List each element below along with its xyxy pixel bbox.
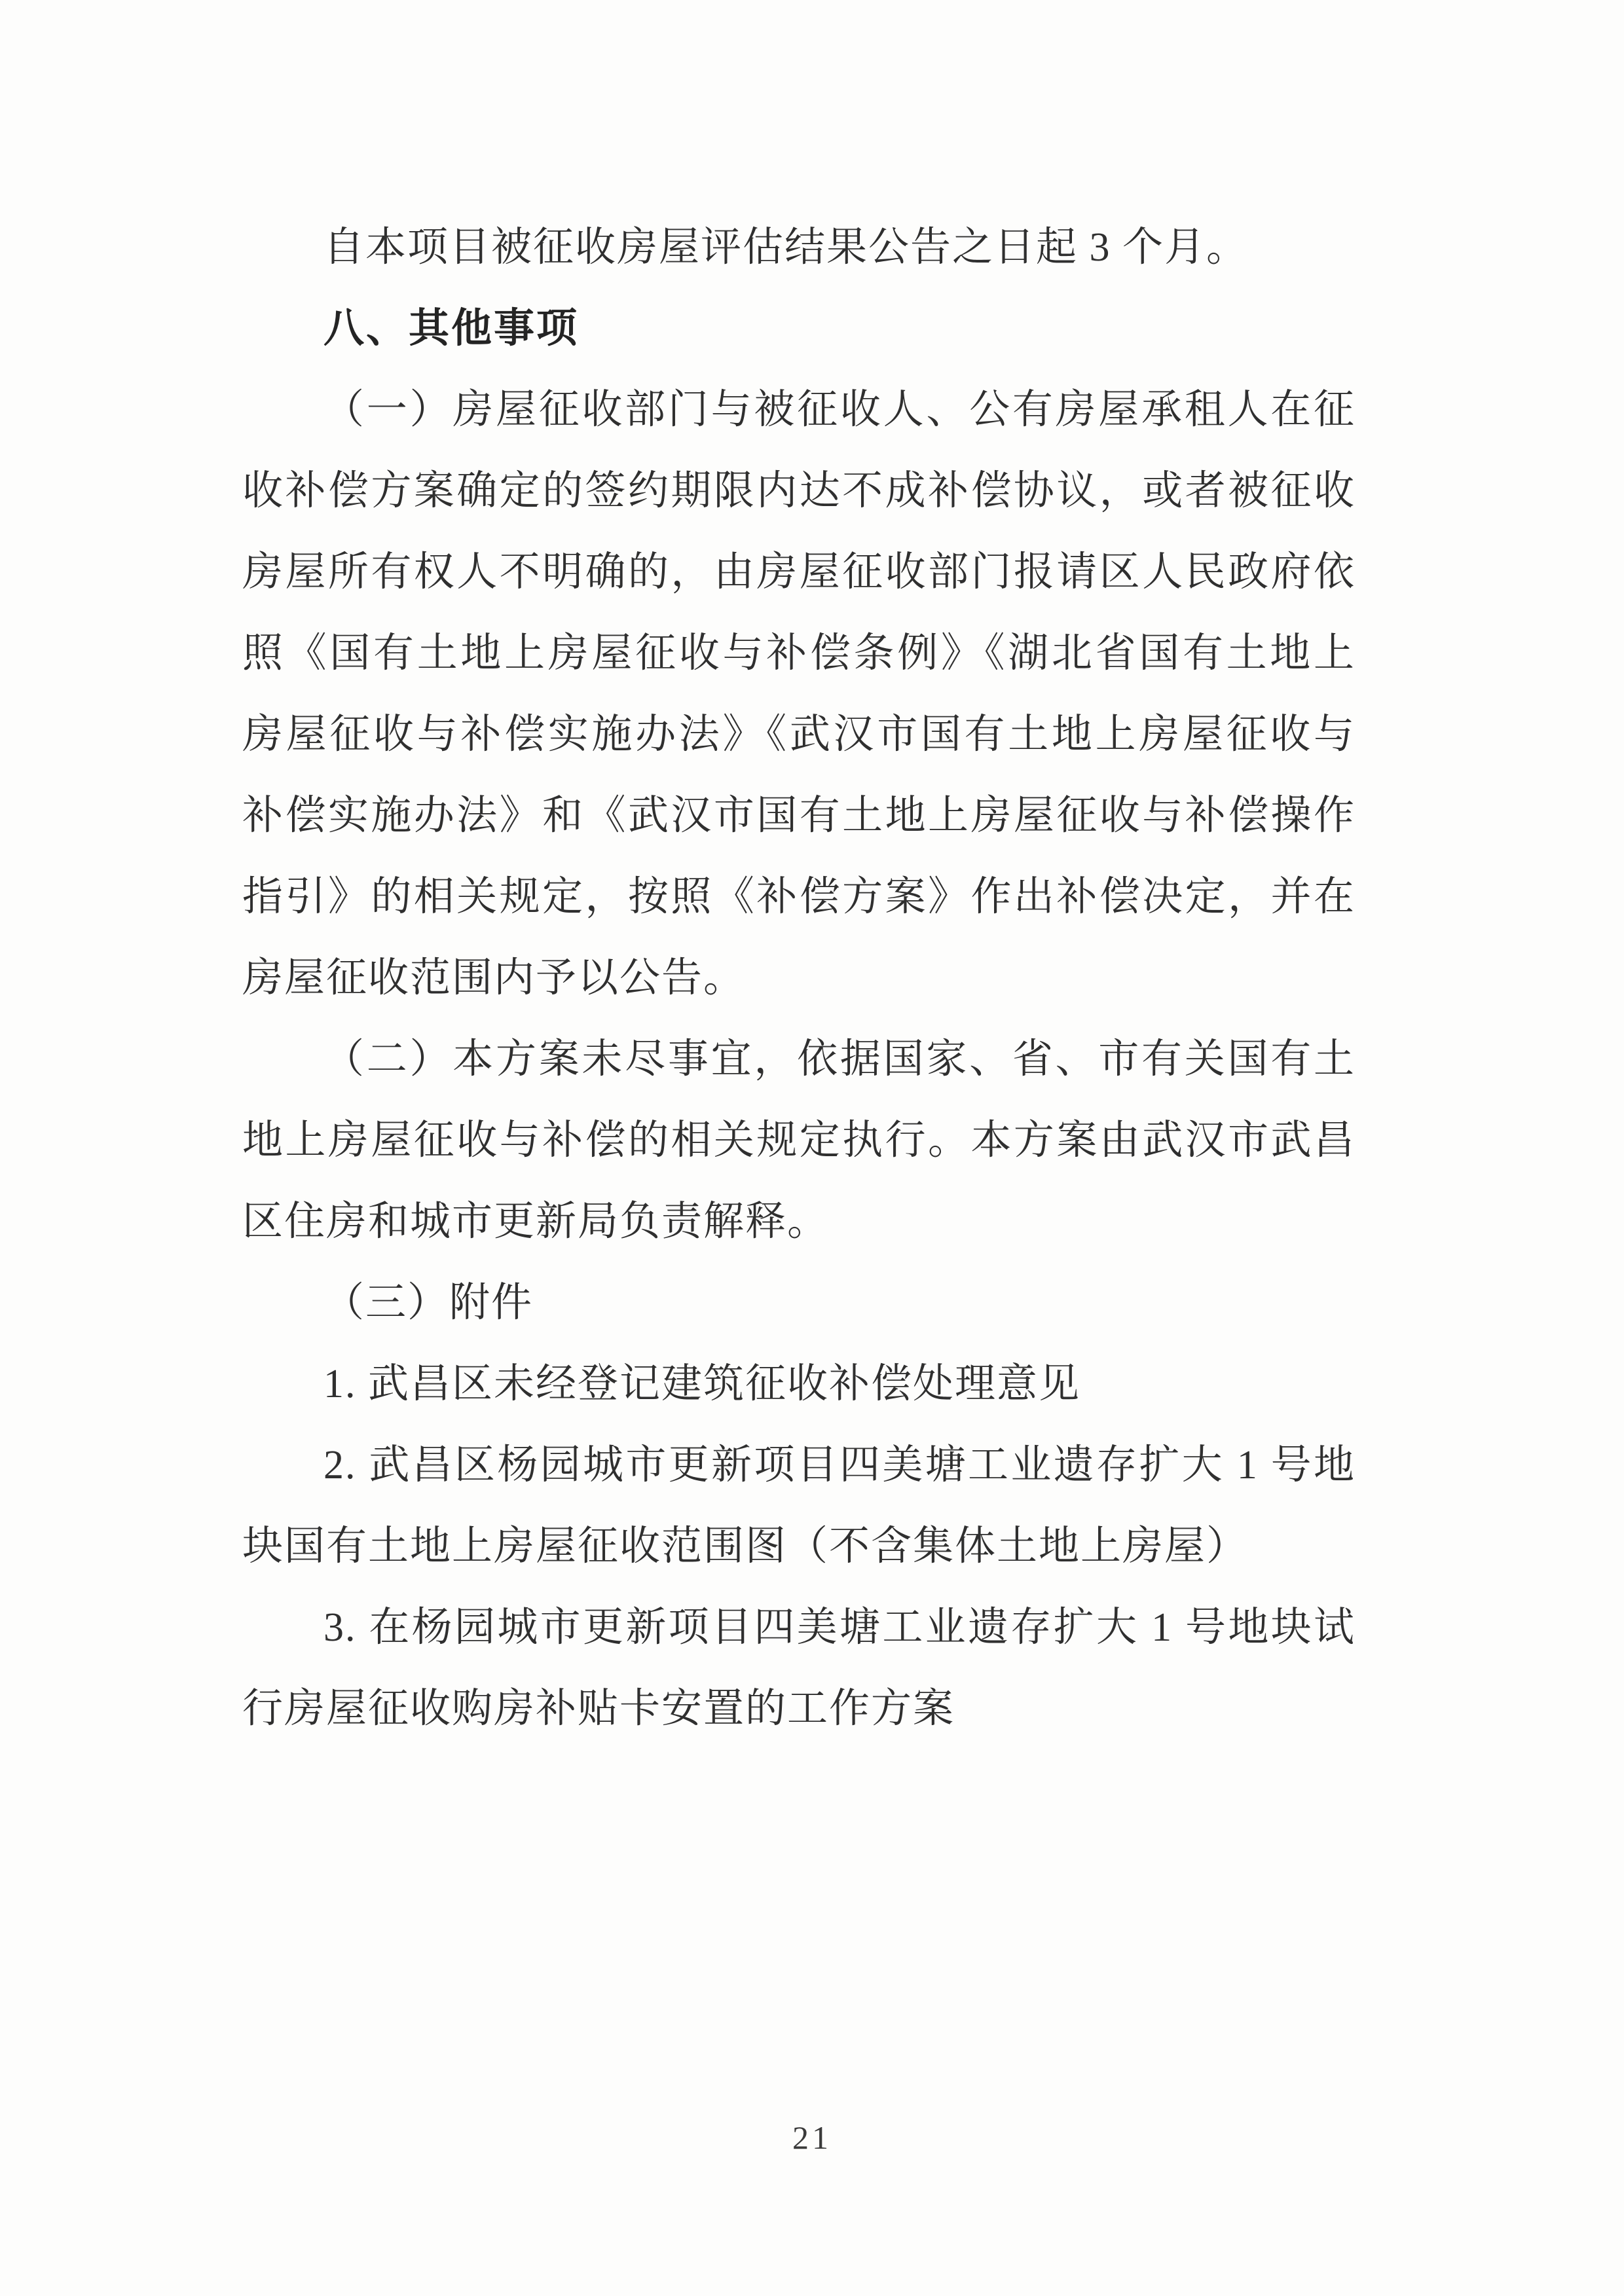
- paragraph-line: （一）房屋征收部门与被征收人、公有房屋承租人在征: [242, 369, 1356, 450]
- attachment-item: 块国有土地上房屋征收范围图（不含集体土地上房屋）: [242, 1506, 1356, 1587]
- page-number: 21: [0, 2119, 1624, 2157]
- paragraph-line: 自本项目被征收房屋评估结果公告之日起 3 个月。: [242, 207, 1356, 288]
- paragraph-line: 补偿实施办法》和《武汉市国有土地上房屋征收与补偿操作: [242, 775, 1356, 856]
- attachment-item: 行房屋征收购房补贴卡安置的工作方案: [242, 1668, 1356, 1749]
- paragraph-line: （二）本方案未尽事宜，依据国家、省、市有关国有土: [242, 1019, 1356, 1100]
- attachment-item: 3. 在杨园城市更新项目四美塘工业遗存扩大 1 号地块试: [242, 1587, 1356, 1668]
- paragraph-line: 房屋征收范围内予以公告。: [242, 938, 1356, 1019]
- document-page: 自本项目被征收房屋评估结果公告之日起 3 个月。 八、其他事项 （一）房屋征收部…: [0, 0, 1624, 2296]
- section-heading: 八、其他事项: [242, 288, 1356, 369]
- paragraph-line: 地上房屋征收与补偿的相关规定执行。本方案由武汉市武昌: [242, 1100, 1356, 1181]
- attachment-item: 1. 武昌区未经登记建筑征收补偿处理意见: [242, 1343, 1356, 1425]
- paragraph-line: 房屋所有权人不明确的，由房屋征收部门报请区人民政府依: [242, 532, 1356, 613]
- attachment-item: 2. 武昌区杨园城市更新项目四美塘工业遗存扩大 1 号地: [242, 1425, 1356, 1506]
- paragraph-line: 照《国有土地上房屋征收与补偿条例》《湖北省国有土地上: [242, 613, 1356, 694]
- paragraph-line: （三）附件: [242, 1262, 1356, 1343]
- paragraph-line: 区住房和城市更新局负责解释。: [242, 1181, 1356, 1262]
- paragraph-line: 收补偿方案确定的签约期限内达不成补偿协议，或者被征收: [242, 450, 1356, 532]
- document-body: 自本项目被征收房屋评估结果公告之日起 3 个月。 八、其他事项 （一）房屋征收部…: [242, 207, 1356, 1749]
- paragraph-line: 指引》的相关规定，按照《补偿方案》作出补偿决定，并在: [242, 856, 1356, 938]
- paragraph-line: 房屋征收与补偿实施办法》《武汉市国有土地上房屋征收与: [242, 694, 1356, 775]
